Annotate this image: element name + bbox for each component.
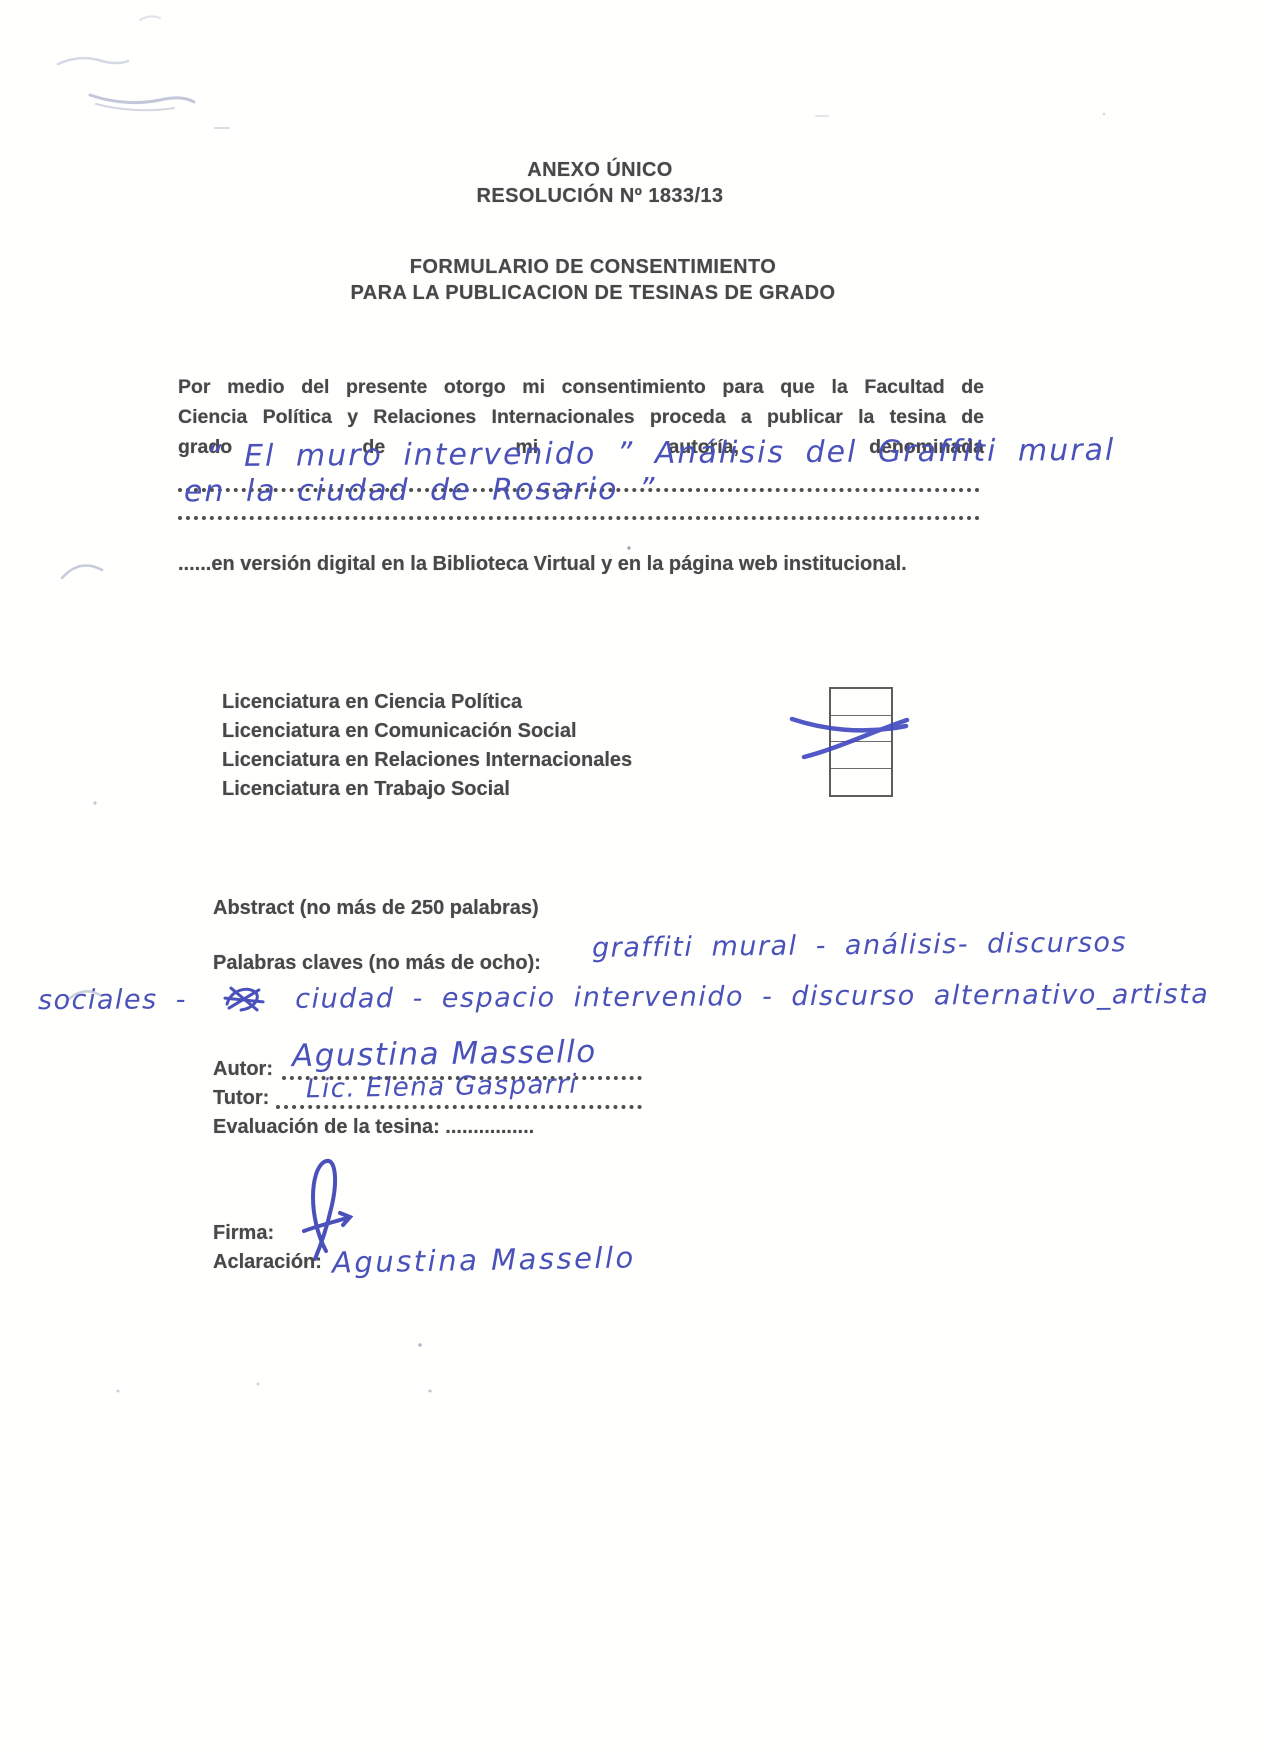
keywords-label: Palabras claves (no más de ocho): — [213, 952, 541, 975]
degree-option-relaciones-internacionales: Licenciatura en Relaciones Internacional… — [222, 746, 632, 775]
form-title-line1: FORMULARIO DE CONSENTIMIENTO — [0, 254, 1186, 280]
degree-option-trabajo-social: Licenciatura en Trabajo Social — [222, 775, 632, 804]
handwritten-thesis-title-line1: “ El muro intervenido ” Análisis del Gra… — [206, 433, 1116, 474]
resolution-number: RESOLUCIÓN Nº 1833/13 — [0, 183, 1200, 209]
keywords-handwritten-line1: graffiti mural - análisis- discursos — [592, 927, 1127, 964]
aclaracion-handwritten-value: Agustina Massello — [332, 1240, 636, 1279]
annex-header: ANEXO ÚNICO RESOLUCIÓN Nº 1833/13 — [0, 157, 1200, 209]
digital-publication-line: ......en versión digital en la Bibliotec… — [178, 553, 907, 576]
aclaracion-label: Aclaración: — [213, 1251, 322, 1274]
scanned-consent-form-page: ANEXO ÚNICO RESOLUCIÓN Nº 1833/13 FORMUL… — [0, 0, 1275, 1755]
autor-label: Autor: — [213, 1058, 273, 1081]
autor-handwritten-value: Agustina Massello — [292, 1034, 597, 1074]
tutor-handwritten-value: Lic. Elena Gasparri — [306, 1070, 579, 1105]
form-title-line2: PARA LA PUBLICACION DE TESINAS DE GRADO — [0, 280, 1186, 306]
tutor-label: Tutor: — [213, 1087, 269, 1110]
degree-option-ciencia-politica: Licenciatura en Ciencia Política — [222, 688, 632, 717]
consent-paragraph-line1: Por medio del presente otorgo mi consent… — [178, 372, 984, 402]
degree-option-comunicacion-social: Licenciatura en Comunicación Social — [222, 717, 632, 746]
abstract-label: Abstract (no más de 250 palabras) — [213, 897, 539, 920]
keywords-handwritten-line2: sociales - ciudad - espacio intervenido … — [38, 977, 1209, 1016]
consent-paragraph-line2: Ciencia Política y Relaciones Internacio… — [178, 402, 984, 432]
checkbox-cell-trabajo-social — [831, 769, 891, 795]
checkbox-x-mark — [788, 705, 910, 769]
form-title: FORMULARIO DE CONSENTIMIENTO PARA LA PUB… — [0, 254, 1186, 306]
evaluacion-label: Evaluación de la tesina: ...............… — [213, 1116, 534, 1139]
firma-label: Firma: — [213, 1222, 274, 1245]
scribbled-out-word — [221, 982, 267, 1014]
handwritten-thesis-title-line2: en la ciudad de Rosario ” — [184, 472, 657, 509]
degree-options-list: Licenciatura en Ciencia Política Licenci… — [222, 688, 632, 804]
annex-title: ANEXO ÚNICO — [0, 157, 1200, 183]
